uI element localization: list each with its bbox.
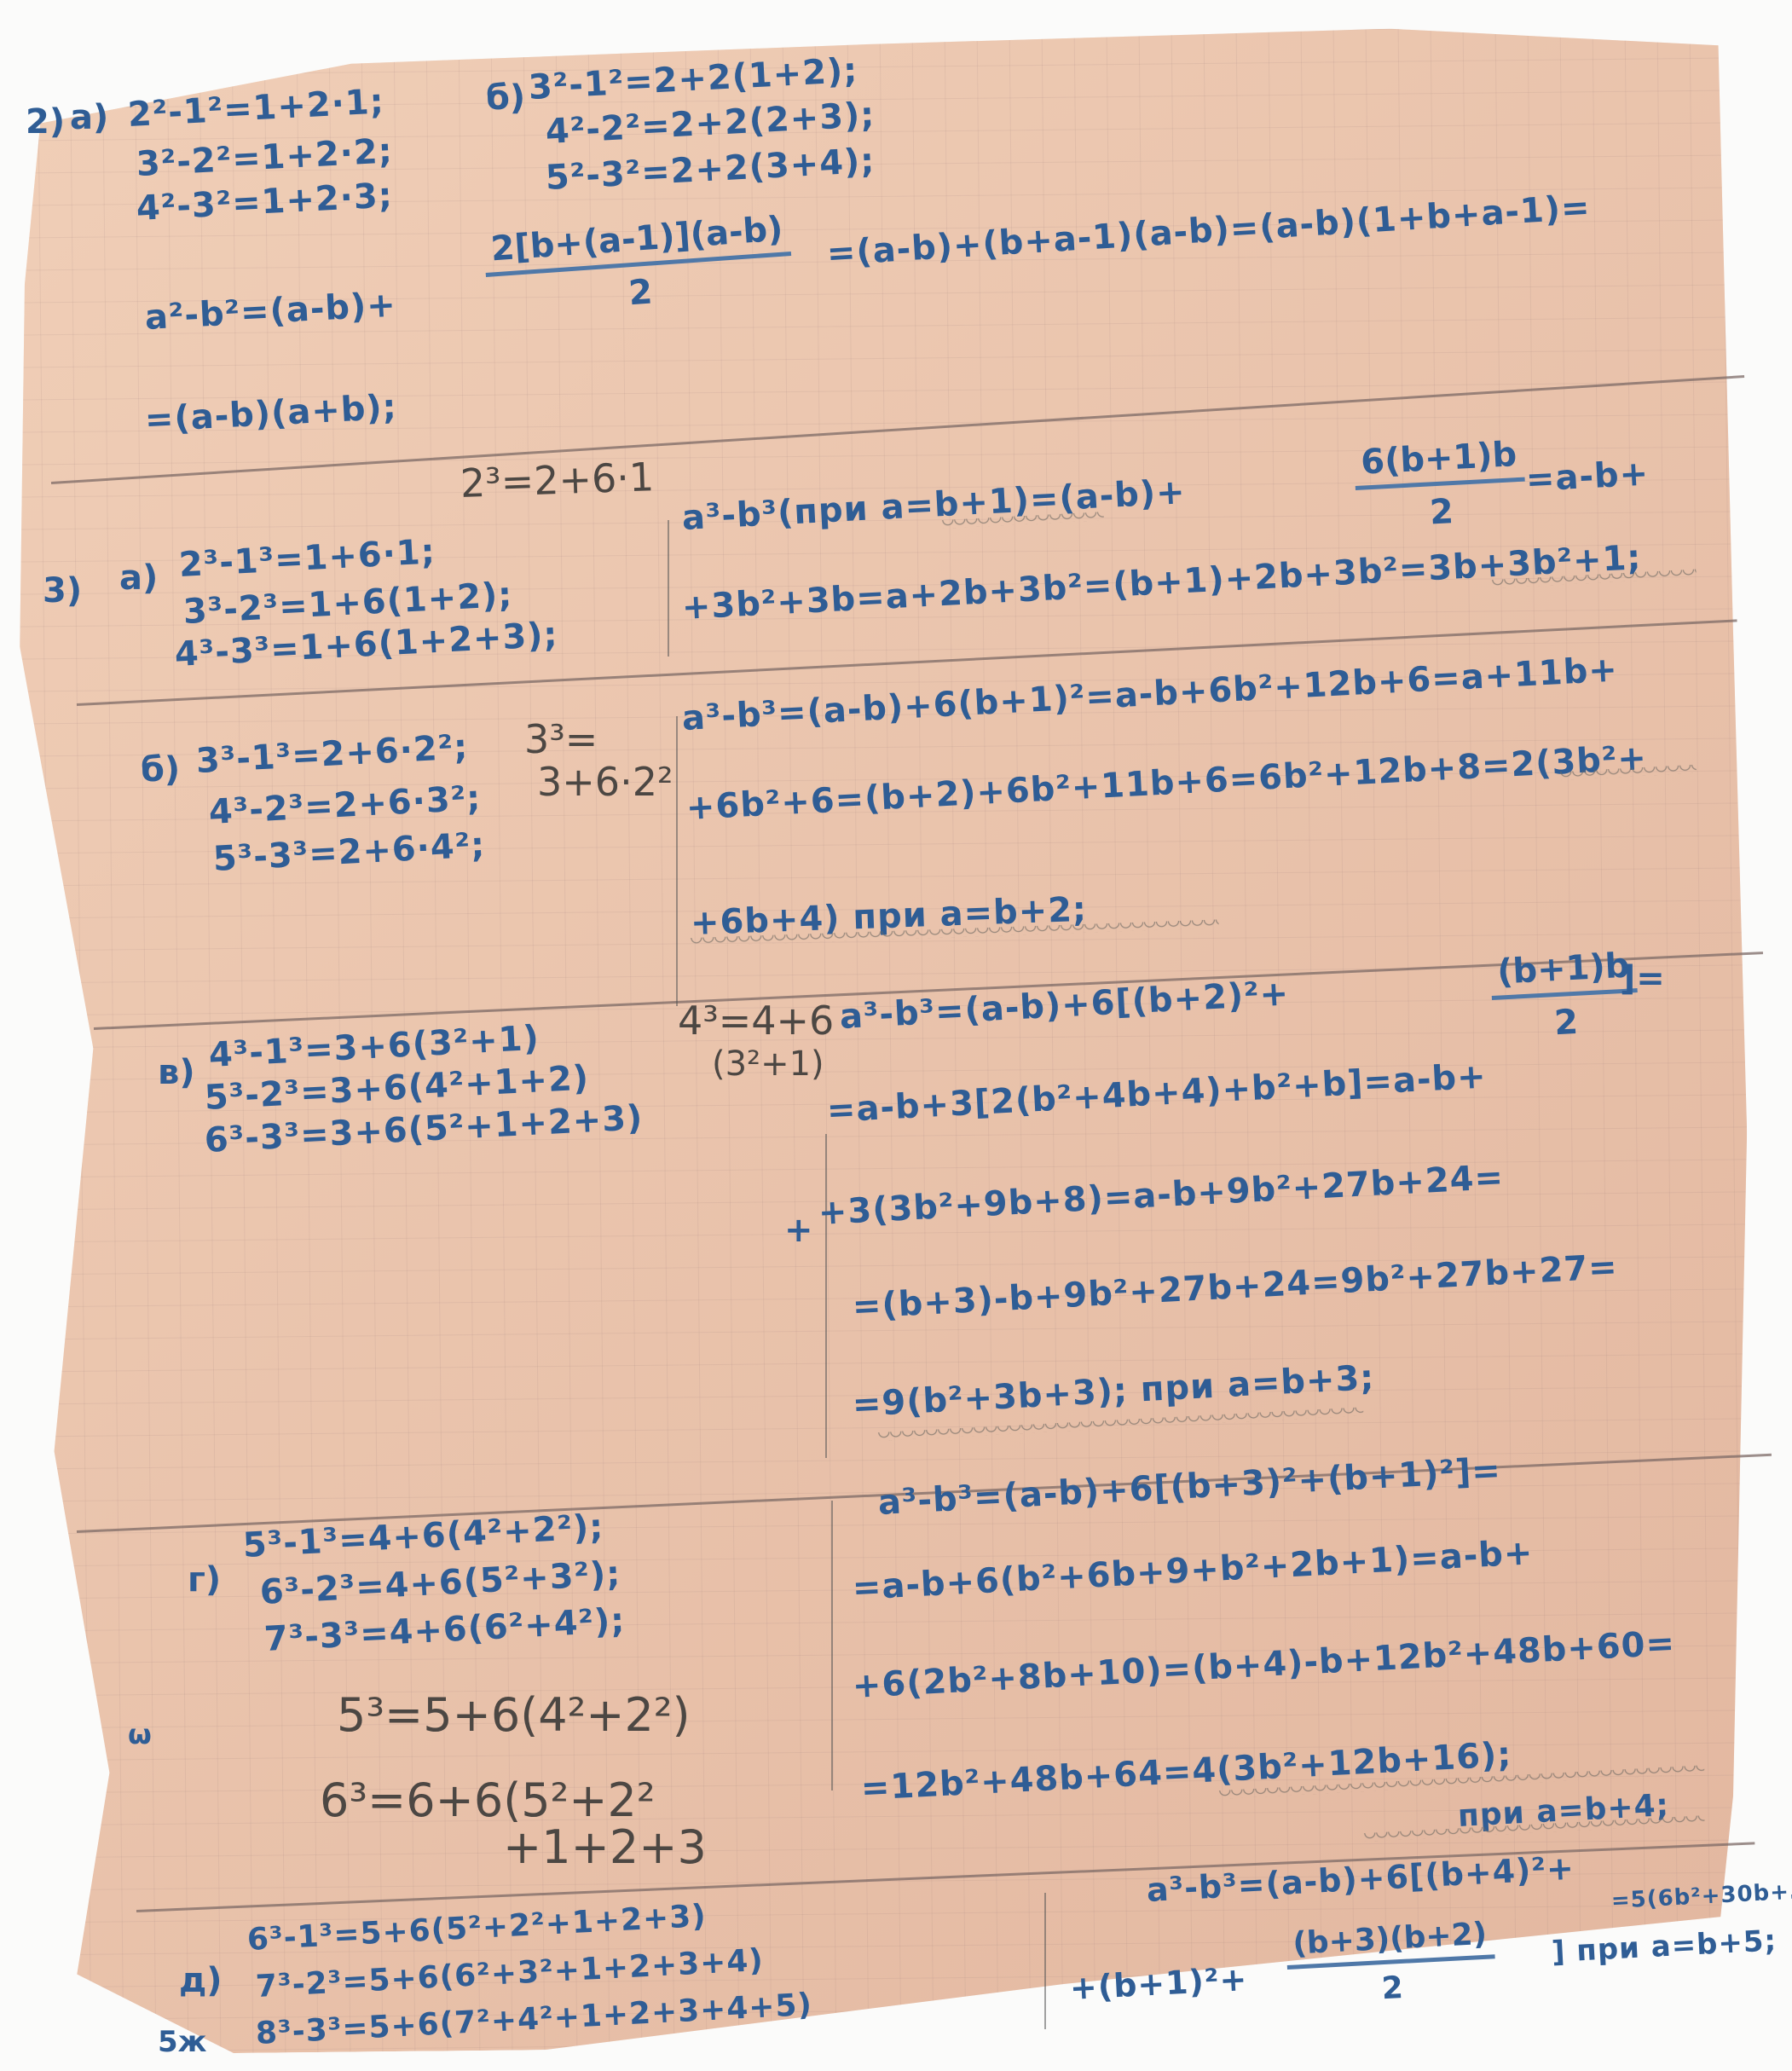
fraction-denominator: 2 — [1492, 992, 1640, 1046]
derivation-line: ]= — [1620, 959, 1666, 998]
margin-mark: 5ж — [158, 2025, 207, 2059]
part-a-label: а) — [70, 98, 108, 137]
part-e-label: д) — [179, 1961, 223, 2000]
derivation-line: +(b+1)²+ — [1069, 1960, 1249, 2007]
fraction-numerator: (b+1)b — [1489, 946, 1638, 1000]
pencil-note: 3+6·2² — [537, 759, 673, 805]
pencil-note: 3³= — [524, 716, 598, 762]
part-b-label: б) — [486, 78, 525, 118]
section-3-label: 3) — [43, 571, 82, 610]
section-2-label: 2) — [26, 102, 65, 142]
pencil-note: 6³=6+6(5²+2² — [320, 1773, 656, 1827]
part-d-label: г) — [188, 1560, 221, 1600]
derivation-line: =a-b+ — [1525, 454, 1650, 499]
column-separator — [668, 520, 669, 657]
pencil-note: (3²+1) — [712, 1044, 824, 1084]
margin-mark: ω — [128, 1718, 152, 1750]
part-b-label: б) — [141, 750, 180, 790]
pencil-note: 5³=5+6(4²+2²) — [337, 1688, 691, 1742]
part-a-label: а) — [119, 558, 158, 598]
part-c-label: в) — [158, 1053, 195, 1092]
fraction-denominator: 2 — [1356, 482, 1528, 536]
column-separator — [676, 716, 678, 1006]
fraction: 6(b+1)b 2 — [1353, 435, 1527, 536]
column-separator — [825, 1134, 827, 1458]
column-separator — [1044, 1893, 1046, 2029]
fraction: (b+1)b 2 — [1489, 946, 1640, 1046]
fraction: (b+3)(b+2) 2 — [1285, 1916, 1497, 2011]
column-separator — [831, 1501, 833, 1790]
plus-sign: + — [784, 1211, 814, 1250]
pencil-note: +1+2+3 — [503, 1820, 707, 1874]
pencil-note: 2³=2+6·1 — [460, 454, 655, 506]
pencil-note: 4³=4+6 — [678, 998, 834, 1044]
